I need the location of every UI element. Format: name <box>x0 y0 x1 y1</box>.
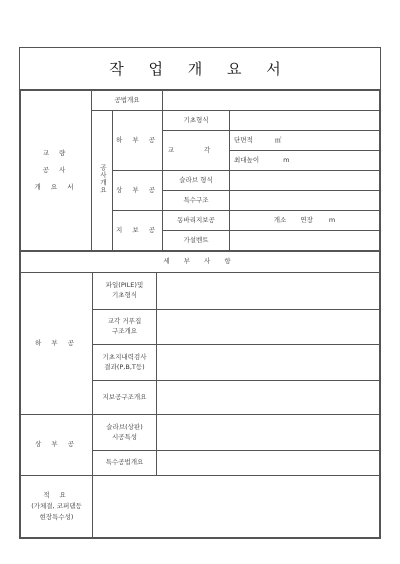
detail-row-label: 파일(PILE)및기초형식 <box>93 273 157 310</box>
strut-field[interactable]: 개소연장m <box>230 211 380 231</box>
unit-label: m <box>283 156 289 166</box>
substructure-label: 하 부 공 <box>113 111 163 171</box>
special-structure-field[interactable] <box>230 191 380 211</box>
line: 기초형식 <box>112 291 137 299</box>
retaining-structure-field[interactable] <box>157 381 380 415</box>
line: 파일(PILE)및 <box>106 281 143 289</box>
pier-formwork-field[interactable] <box>157 310 380 345</box>
special-method-field[interactable] <box>157 451 380 476</box>
label-line: 교 량 <box>43 149 70 157</box>
falsework-field[interactable] <box>230 231 380 251</box>
line: 현장특수성) <box>40 513 74 521</box>
work-overview-form: 작 업 개 요 서 교 량 공 사 개 요 서 공법개요 공사개요 하 부 공 … <box>19 47 381 539</box>
superstructure-label: 상 부 공 <box>113 171 163 211</box>
unit-label: m <box>329 216 335 224</box>
line: 구조개요 <box>112 327 137 335</box>
detail-row-label: 교각 거푸집구조개요 <box>93 310 157 345</box>
slab-type-field[interactable] <box>230 171 380 191</box>
details-superstructure-label: 상 부 공 <box>21 415 93 476</box>
bridge-overview-label: 교 량 공 사 개 요 서 <box>21 91 92 251</box>
length-label: 연장 <box>300 216 313 224</box>
line: 교각 거푸집 <box>108 317 141 325</box>
detail-row-label: 기초지내력검사결과(P,B,T등) <box>93 345 157 381</box>
overview-table: 교 량 공 사 개 요 서 공법개요 공사개요 하 부 공 기초형식 교 각 단… <box>20 90 380 251</box>
line: 결과(P,B,T등) <box>104 363 144 371</box>
label-line: 공 사 <box>43 166 70 174</box>
work-overview-label: 공법개요 <box>92 91 163 111</box>
pier-text: 교 각 <box>168 146 225 154</box>
bearing-test-field[interactable] <box>157 345 380 381</box>
cross-section-label: 단면적 <box>234 136 253 144</box>
max-height-label: 최대높이 <box>234 156 259 164</box>
foundation-type-label: 기초형식 <box>163 111 230 131</box>
pile-foundation-field[interactable] <box>157 273 380 310</box>
detail-row-label: 슬라브(상판)시공특성 <box>93 415 157 451</box>
line: 시공특성 <box>112 433 137 441</box>
falsework-label: 가설벤트 <box>163 231 230 251</box>
line: 기초지내력검사 <box>103 353 147 361</box>
details-table: 세 부 사 항 하 부 공 파일(PILE)및기초형식 교각 거푸집구조개요 기… <box>20 251 380 538</box>
foundation-type-field[interactable] <box>230 111 380 131</box>
unit-label: ㎡ <box>275 136 282 146</box>
remarks-label: 적 요(가체결, 코퍼댐등현장특수성) <box>21 476 93 538</box>
work-overview-field[interactable] <box>163 91 380 111</box>
line: 적 요 <box>43 491 70 499</box>
slab-type-label: 슬라브 형식 <box>163 171 230 191</box>
remarks-field[interactable] <box>93 476 380 538</box>
pier-label: 교 각 <box>163 131 230 171</box>
form-title: 작 업 개 요 서 <box>20 48 380 90</box>
detail-row-label: 특수공법개요 <box>93 451 157 476</box>
slab-construction-field[interactable] <box>157 415 380 451</box>
retaining-label: 지 보 공 <box>113 211 163 251</box>
count-label: 개소 <box>274 216 287 224</box>
line: 슬라브(상판) <box>106 423 142 431</box>
label-line: 개 요 서 <box>35 183 78 191</box>
detail-row-label: 지보공구조개요 <box>93 381 157 415</box>
construction-overview-label: 공사개요 <box>92 111 113 251</box>
line: (가체결, 코퍼댐등 <box>31 502 82 510</box>
max-height-field[interactable]: 최대높이m <box>230 151 380 171</box>
details-header: 세 부 사 항 <box>21 252 380 273</box>
vertical-label: 공사개요 <box>97 164 107 194</box>
details-substructure-label: 하 부 공 <box>21 273 93 415</box>
strut-label: 동바리지보공 <box>163 211 230 231</box>
cross-section-field[interactable]: 단면적㎡ <box>230 131 380 151</box>
special-structure-label: 특수구조 <box>163 191 230 211</box>
